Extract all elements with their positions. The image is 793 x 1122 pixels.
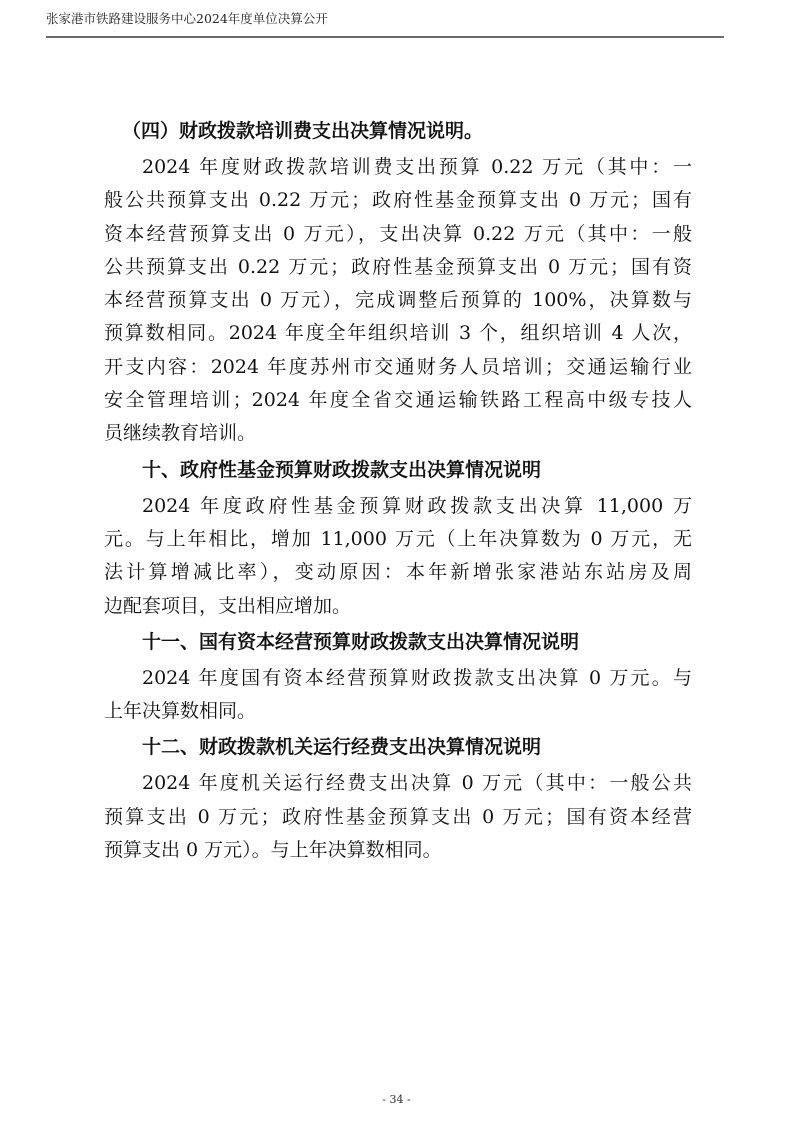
paragraph-line: 2024 年度财政拨款培训费支出预算 0.22 万元（其中：一 [104,151,692,184]
paragraph-line: 预算数相同。2024 年度全年组织培训 3 个，组织培训 4 人次， [104,317,692,350]
paragraph-line: 2024 年度国有资本经营预算财政拨款支出决算 0 万元。与 [104,662,692,695]
section-heading-state-capital: 十一、国有资本经营预算财政拨款支出决算情况说明 [104,623,692,662]
paragraph-line: 上年决算数相同。 [104,695,692,728]
paragraph-line: 2024 年度机关运行经费支出决算 0 万元（其中：一般公共 [104,767,692,800]
paragraph-line: 边配套项目，支出相应增加。 [104,590,692,623]
paragraph-line: 元。与上年相比，增加 11,000 万元（上年决算数为 0 万元，无 [104,523,692,556]
paragraph-line: 法计算增减比率），变动原因：本年新增张家港站东站房及周 [104,556,692,589]
paragraph-line: 员继续教育培训。 [104,417,692,450]
header-divider [46,36,724,38]
section-heading-operating-expenses: 十二、财政拨款机关运行经费支出决算情况说明 [104,728,692,767]
paragraph-line: 本经营预算支出 0 万元），完成调整后预算的 100%，决算数与 [104,284,692,317]
paragraph-line: 公共预算支出 0.22 万元；政府性基金预算支出 0 万元；国有资 [104,251,692,284]
document-body: （四）财政拨款培训费支出决算情况说明。 2024 年度财政拨款培训费支出预算 0… [104,112,692,867]
section-heading-training: （四）财政拨款培训费支出决算情况说明。 [104,112,692,151]
paragraph-line: 预算支出 0 万元）。与上年决算数相同。 [104,834,692,867]
paragraph-line: 般公共预算支出 0.22 万元；政府性基金预算支出 0 万元；国有 [104,184,692,217]
running-header: 张家港市铁路建设服务中心2024年度单位决算公开 [46,9,328,27]
section-heading-government-fund: 十、政府性基金预算财政拨款支出决算情况说明 [104,451,692,490]
paragraph-line: 开支内容：2024 年度苏州市交通财务人员培训；交通运输行业 [104,351,692,384]
page-number: - 34 - [0,1093,793,1106]
paragraph-line: 2024 年度政府性基金预算财政拨款支出决算 11,000 万 [104,490,692,523]
paragraph-line: 预算支出 0 万元；政府性基金预算支出 0 万元；国有资本经营 [104,801,692,834]
paragraph-line: 安全管理培训；2024 年度全省交通运输铁路工程高中级专技人 [104,384,692,417]
paragraph-line: 资本经营预算支出 0 万元），支出决算 0.22 万元（其中：一般 [104,218,692,251]
